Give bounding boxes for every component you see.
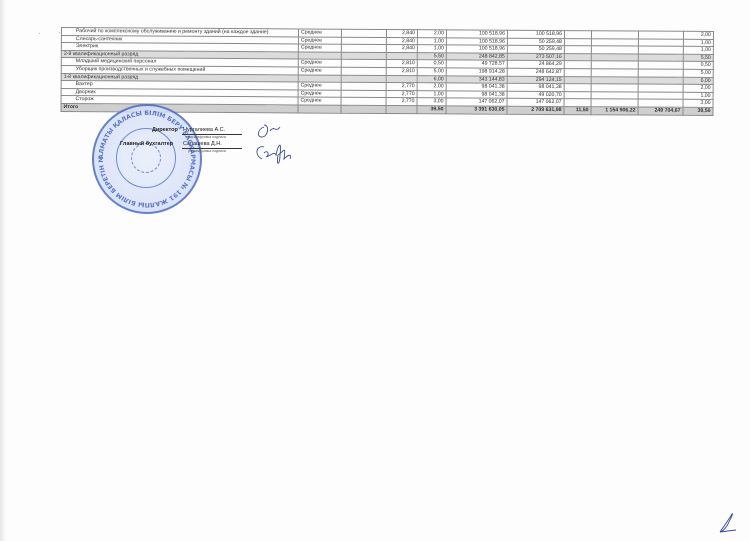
value-cell-coef: 2,770: [386, 98, 417, 106]
scan-edge: [0, 0, 6, 541]
value-cell-c5: 11,50: [564, 107, 591, 115]
value-cell-coef: 2,770: [386, 90, 417, 98]
value-cell-c8: 6,00: [683, 77, 713, 85]
staff-table: Рабочий по комплексному обслуживанию и р…: [60, 27, 714, 116]
value-cell-c5: [564, 53, 591, 61]
value-cell-c8: 5,50: [683, 54, 713, 62]
value-cell-coef: [386, 75, 417, 83]
value-cell-c8: 2,00: [683, 31, 713, 39]
value-cell-rate: 5,00: [417, 68, 446, 76]
value-cell-coef: 2,770: [386, 83, 417, 91]
education-level: Среднее: [298, 29, 341, 37]
education-level: Среднее: [298, 90, 341, 98]
empty-cell: [341, 105, 386, 113]
value-cell-coef: 2,810: [386, 67, 417, 75]
value-cell-rate: 1,00: [417, 90, 446, 98]
value-cell-c8: 1,00: [683, 92, 713, 100]
education-level: Среднее: [298, 44, 341, 52]
value-cell-rate: 5,50: [417, 52, 446, 60]
education-level: Среднее: [298, 67, 341, 75]
value-cell-c6: 1 154 906,22: [591, 107, 638, 115]
value-cell-c8: 5,00: [683, 69, 713, 77]
value-cell-rate: 2,00: [417, 30, 446, 38]
value-cell-coef: [386, 105, 417, 113]
education-level: Среднее: [298, 37, 341, 45]
director-caption: расшифровка подписи: [188, 135, 226, 139]
education-level: Среднее: [298, 97, 341, 105]
value-cell-c5: [564, 76, 591, 84]
value-cell-rate: 1,00: [417, 37, 446, 45]
accountant-label: Главный бухгалтер: [120, 141, 173, 147]
value-cell-c5: [564, 91, 591, 99]
value-cell-coef: 2,810: [386, 60, 417, 68]
value-cell-sum2: 2 709 631,98: [507, 106, 564, 114]
value-cell-c8: 2,00: [683, 84, 713, 92]
value-cell-coef: 2,840: [386, 45, 417, 53]
value-cell-rate: 1,00: [417, 45, 446, 53]
value-cell-c5: [564, 69, 591, 77]
value-cell-c8: 0,50: [683, 62, 713, 70]
stamp-emblem-icon: [131, 143, 161, 173]
official-stamp: АЛМАТЫ ҚАЛАСЫ БІЛІМ БЕРУ БАСҚАРМАСЫ № 19…: [92, 104, 202, 214]
value-cell-c8: 1,00: [683, 46, 713, 54]
value-cell-c5: [564, 61, 591, 69]
director-label: Директор: [152, 127, 178, 133]
value-cell-c5: [564, 46, 591, 54]
value-cell-c5: [564, 31, 591, 39]
director-name: Нургалиева А.С.: [183, 127, 225, 133]
value-cell-rate: 3,00: [417, 98, 446, 106]
value-cell-rate: 0,50: [417, 60, 446, 68]
value-cell-rate: 2,00: [417, 83, 446, 91]
value-cell-rate: 39,50: [417, 106, 446, 114]
value-cell-coef: 2,840: [386, 29, 417, 37]
accountant-name: Сапашева Д.Н.: [183, 141, 222, 147]
handwritten-signature-icon: [250, 115, 300, 180]
value-cell-rate: 6,00: [417, 75, 446, 83]
value-cell-c8: 1,00: [683, 39, 713, 47]
value-cell-c5: [564, 84, 591, 92]
value-cell-c5: [564, 99, 591, 107]
value-cell-sum1: 3 391 630,05: [446, 106, 507, 114]
education-level: [298, 105, 341, 113]
education-level: Среднее: [298, 82, 341, 90]
value-cell-c5: [564, 38, 591, 46]
scan-dot: ·: [38, 29, 41, 38]
value-cell-coef: 2,840: [386, 37, 417, 45]
accountant-caption: расшифровка подписи: [188, 149, 226, 153]
stamp-inner-ring: [116, 128, 176, 188]
value-cell-c8: 3,00: [683, 100, 713, 108]
page-initials-icon: [716, 510, 740, 536]
value-cell-coef: [386, 52, 417, 60]
education-level: Среднее: [298, 59, 341, 67]
value-cell-c7: 249 704,67: [638, 107, 683, 115]
value-cell-c8: 39,50: [683, 107, 713, 115]
